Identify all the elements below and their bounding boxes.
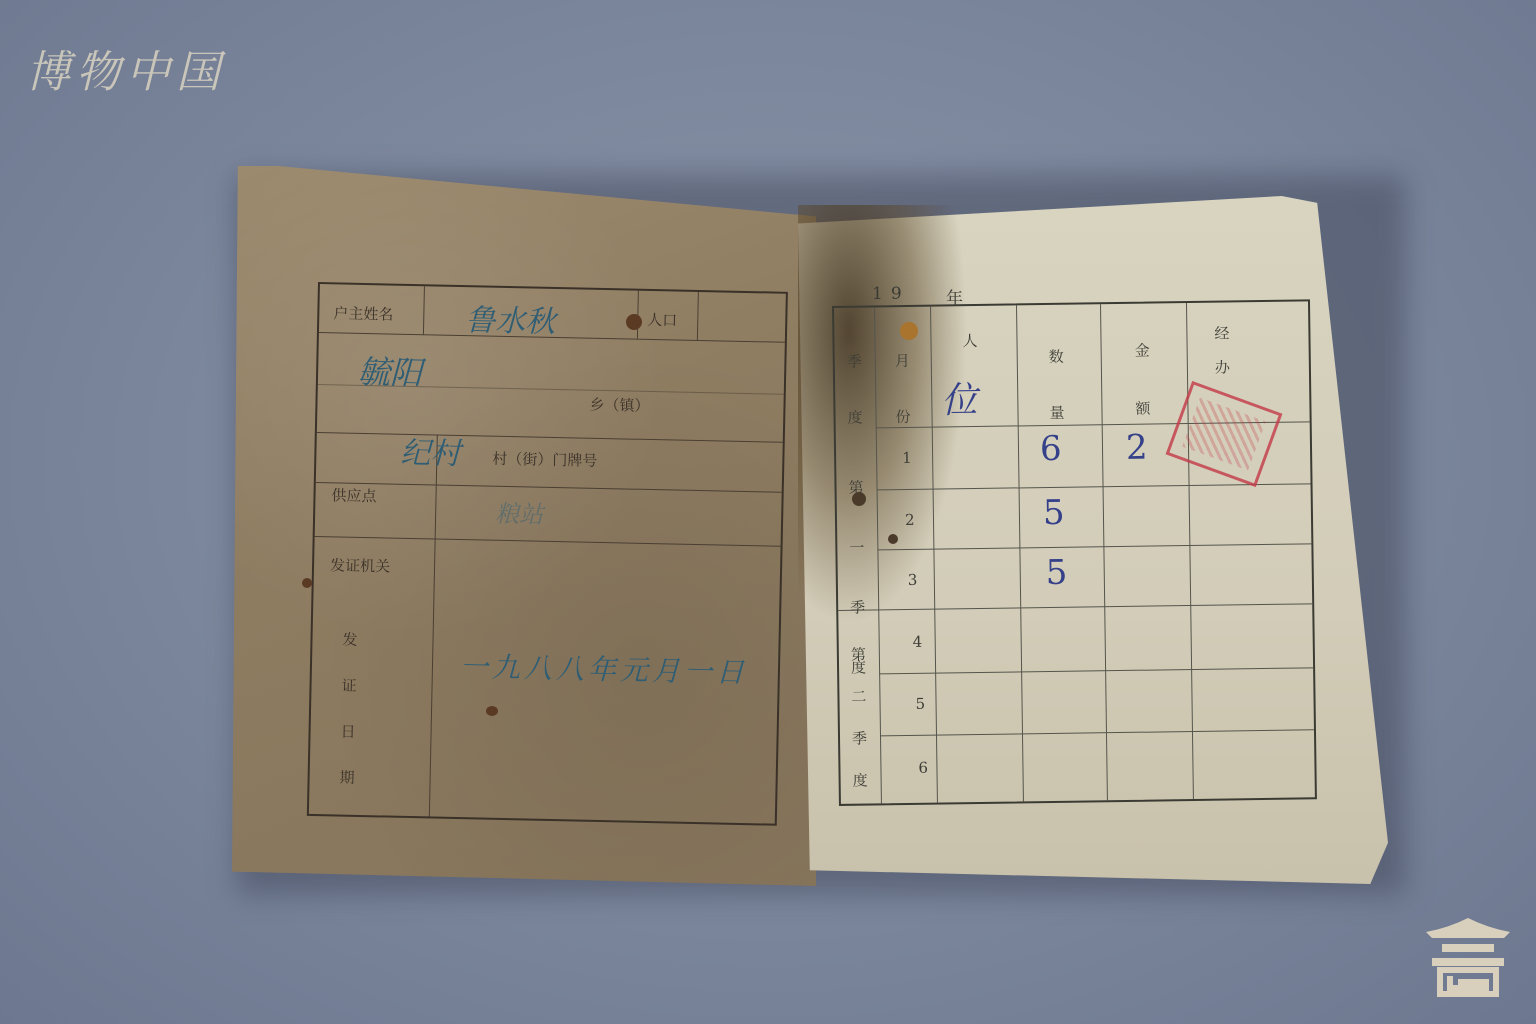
table-border: 季度 月份 人 位 数量 金额 经办 第一季度 第二季度 1 6 2 2 5 3… [832,299,1317,806]
supply-point-label: 供应点 [331,484,376,506]
header-quantity: 数量 [1048,329,1066,441]
issue-date-value: 一九八八年元月一日 [460,645,749,691]
township-label: 乡（镇） [589,394,649,416]
row-divider [877,483,1311,490]
row-quantity: 5 [1043,493,1065,533]
supply-point-value: 粮站 [495,494,544,530]
burn-hole [852,492,866,506]
burn-hole [900,322,918,340]
row-divider [877,543,1311,550]
row-amount: 2 [1126,428,1148,468]
col-divider [1016,305,1024,801]
header-amount: 金额 [1134,322,1152,438]
supply-ledger-table: 季度 月份 人 位 数量 金额 经办 第一季度 第二季度 1 6 2 2 5 3… [832,299,1319,806]
issue-date-label: 发 证 日 期 [339,617,363,801]
township-value: 毓阳 [358,347,423,394]
row-month: 3 [908,571,918,589]
population-label: 人口 [647,309,677,331]
village-value: 纪村 [400,428,461,473]
col-divider [930,307,938,803]
header-month: 月份 [894,333,912,445]
col-divider [429,435,438,817]
header-quarter: 季度 [846,334,864,446]
row-month: 1 [902,449,912,467]
header-handler: 经办 [1214,316,1231,384]
stain-spot [626,314,642,330]
burn-hole [888,534,898,544]
row-month: 6 [918,759,928,777]
watermark-text: 博物中国 [26,36,226,100]
row-quantity: 5 [1045,553,1067,593]
col-divider [1100,304,1108,800]
householder-value: 鲁水秋 [465,295,556,341]
form-row-divider [315,536,781,547]
header-person-handwritten: 位 [941,372,978,423]
household-info-form: 户主姓名 鲁水秋 人口 毓阳 乡（镇） 纪村 村（街）门牌号 供应点 粮站 发证… [307,282,788,826]
row-divider [838,603,1312,611]
row-month: 5 [915,695,925,713]
form-row-divider [317,432,783,443]
row-divider [880,729,1314,736]
row-quantity: 6 [1040,429,1062,469]
stain-spot [302,578,312,588]
header-person: 人 [962,330,977,351]
stain-spot [486,706,498,716]
row-month: 4 [913,633,923,651]
col-divider [874,307,882,803]
certificate-authority-label: 发证机关 [330,554,390,576]
col-divider [697,292,699,340]
row-divider [879,667,1313,674]
col-divider [1186,303,1194,799]
year-prefix: 19 [872,284,910,304]
row-month: 2 [905,511,915,529]
village-label: 村（街）门牌号 [492,448,597,471]
householder-label: 户主姓名 [333,302,393,324]
pagoda-logo-icon [1418,912,1518,998]
quarter-label-second: 第二季度 [851,634,869,802]
col-divider [423,286,425,334]
form-row-divider [316,482,782,493]
